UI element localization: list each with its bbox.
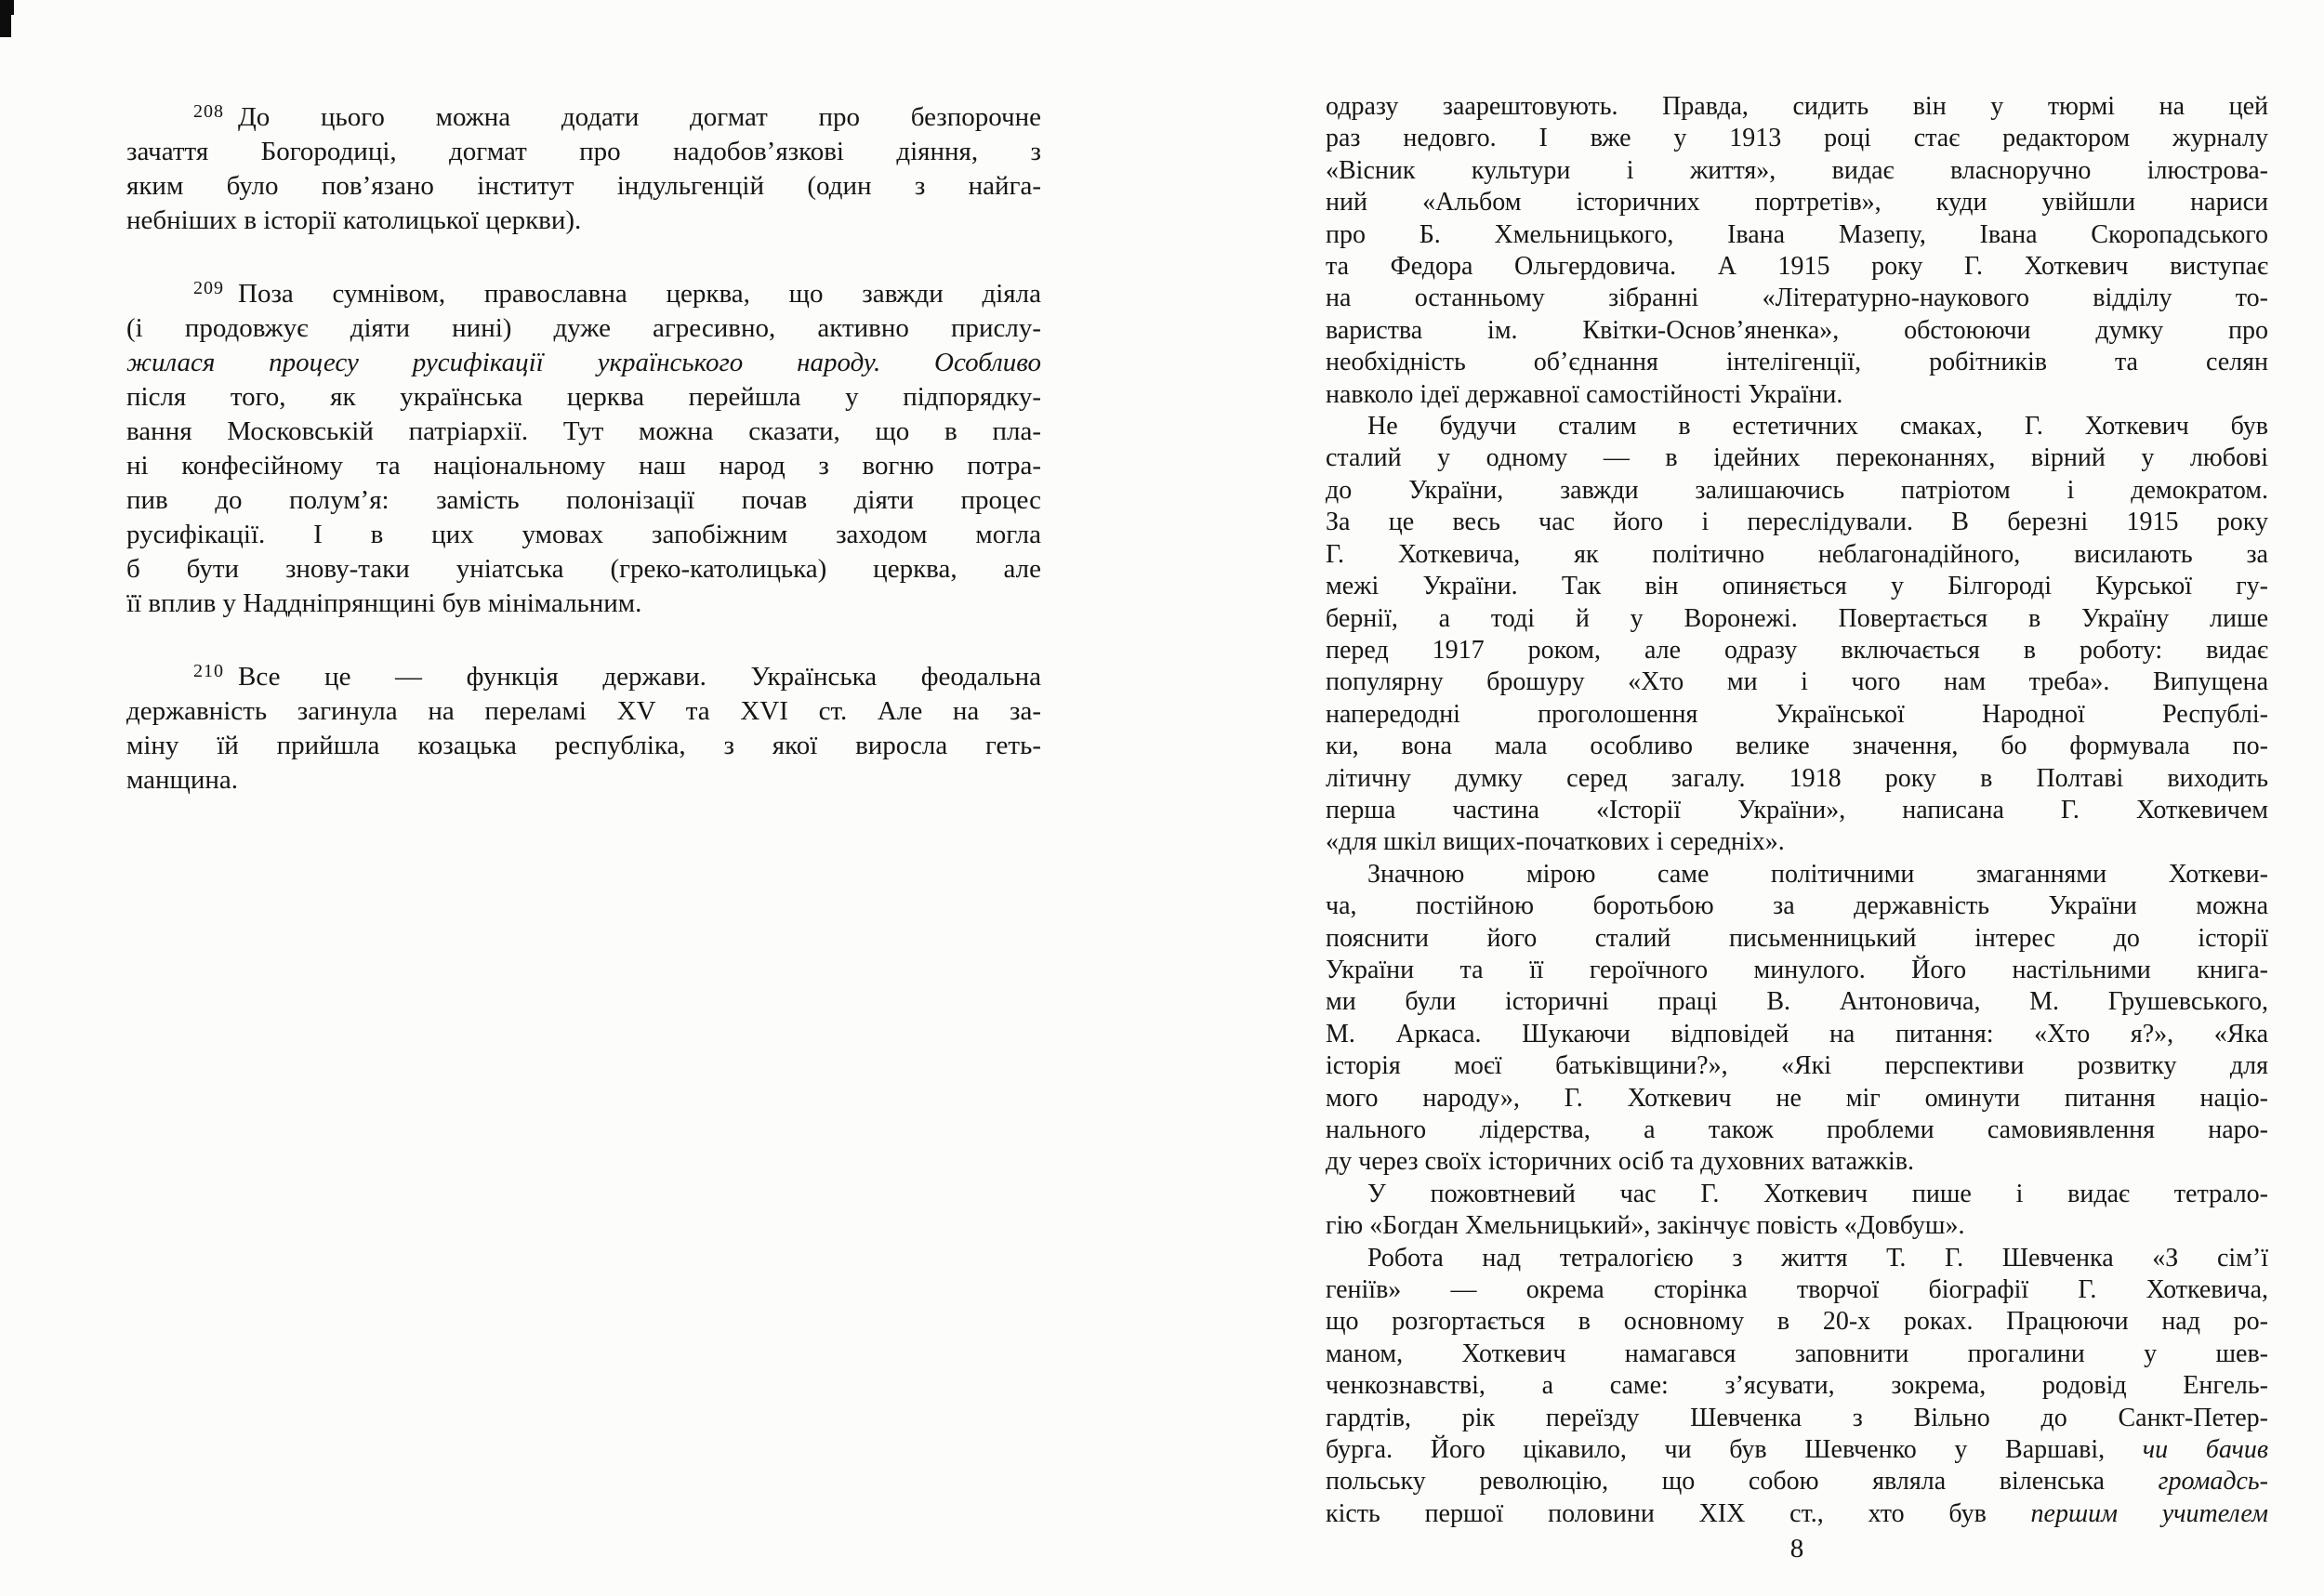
text-segment: Робота над тетралогією з життя Т. Г. Шев…	[1367, 1244, 2268, 1273]
text-segment: сталий у одному — в ідейних переконаннях…	[1326, 443, 2268, 472]
text-segment: За це весь час його і переслідували. В б…	[1326, 508, 2268, 536]
text-line: на останньому зібранні «Літературно-наук…	[1326, 283, 2268, 314]
right-page-text-column: одразу заарештовують. Правда, сидить він…	[1326, 91, 2268, 1530]
text-line: пояснити його сталий письменницький інте…	[1326, 923, 2268, 955]
text-segment: історія моєї батьківщини?», «Які перспек…	[1326, 1051, 2268, 1080]
footnote-number: 208	[193, 101, 224, 122]
text-line: польську революцію, що собою являла віле…	[1326, 1466, 2268, 1497]
paragraph: Робота над тетралогією з життя Т. Г. Шев…	[1326, 1243, 2268, 1531]
paragraph-indent	[126, 301, 193, 302]
text-segment: ні конфесійному та національному наш нар…	[126, 451, 1041, 481]
text-segment: зачаття Богородиці, догмат про надобов’я…	[126, 137, 1041, 166]
paragraph: 210Все це –– функція держави. Українська…	[126, 654, 1041, 798]
text-line: нального лідерства, а також проблеми сам…	[1326, 1115, 2268, 1146]
text-segment: та Федора Ольгердовича. А 1915 року Г. Х…	[1326, 252, 2268, 281]
text-segment: геніїв» — окрема сторінка творчої біогра…	[1326, 1275, 2268, 1304]
text-line: ки, вона мала особливо велике значення, …	[1326, 731, 2268, 762]
text-line: та Федора Ольгердовича. А 1915 року Г. Х…	[1326, 251, 2268, 283]
text-line: одразу заарештовують. Правда, сидить він…	[1326, 91, 2268, 123]
paragraph: Не будучи сталим в естетичних смаках, Г.…	[1326, 411, 2268, 859]
text-segment: межі України. Так він опиняється у Білго…	[1326, 572, 2268, 600]
text-segment: вання Московській патріархії. Тут можна …	[126, 416, 1041, 446]
text-line: Робота над тетралогією з життя Т. Г. Шев…	[1326, 1243, 2268, 1274]
paragraph-indent	[1326, 881, 1367, 882]
text-segment: Все це –– функція держави. Українська фе…	[238, 662, 1041, 692]
text-segment: перша частина «Історії України», написан…	[1326, 796, 2268, 824]
text-line: кість першої половини XIX ст., хто був п…	[1326, 1498, 2268, 1530]
text-segment: після того, як українська церква перейшл…	[126, 382, 1041, 412]
text-line: Не будучи сталим в естетичних смаках, Г.…	[1326, 411, 2268, 442]
text-segment: ми були історичні праці В. Антоновича, М…	[1326, 987, 2268, 1016]
paragraph: одразу заарештовують. Правда, сидить він…	[1326, 91, 2268, 411]
text-segment: (і продовжує діяти нині) дуже агресивно,…	[126, 313, 1041, 343]
text-line: історія моєї батьківщини?», «Які перспек…	[1326, 1050, 2268, 1082]
text-segment: навколо ідеї державної самостійності Укр…	[1326, 380, 1842, 409]
text-line: раз недовго. І вже у 1913 році стає реда…	[1326, 123, 2268, 154]
text-line: «для шкіл вищих-початкових і середніх».	[1326, 826, 2268, 858]
paragraph: 208До цього можна додати догмат про безп…	[126, 95, 1041, 238]
text-line: сталий у одному — в ідейних переконаннях…	[1326, 442, 2268, 474]
text-line: напередодні проголошення Української Нар…	[1326, 699, 2268, 731]
paragraph-indent	[1326, 1265, 1367, 1266]
text-segment: ний «Альбом історичних портретів», куди …	[1326, 188, 2268, 217]
text-line: За це весь час його і переслідували. В б…	[1326, 507, 2268, 538]
text-line: вариства ім. Квітки-Основ’яненка», обсто…	[1326, 315, 2268, 347]
text-line: до України, завжди залишаючись патріотом…	[1326, 475, 2268, 507]
text-line: жилася процесу русифікації українського …	[126, 346, 1041, 380]
text-segment: міну їй прийшла козацька республіка, з я…	[126, 731, 1041, 760]
text-line: бернії, а тоді й у Воронежі. Повертаєтьс…	[1326, 603, 2268, 635]
text-line: ченкознавстві, а саме: з’ясувати, зокрем…	[1326, 1370, 2268, 1402]
text-line: Г. Хоткевича, як політично неблагонадійн…	[1326, 539, 2268, 571]
text-segment: ки, вона мала особливо велике значення, …	[1326, 732, 2268, 760]
text-segment: кість першої половини XIX ст., хто був	[1326, 1499, 2031, 1528]
text-line: гію «Богдан Хмельницький», закінчує пові…	[1326, 1210, 2268, 1242]
left-page-text-column: 208До цього можна додати догмат про безп…	[126, 95, 1041, 798]
text-segment: необхідність об’єднання інтелігенції, ро…	[1326, 348, 2268, 376]
text-segment: України та її героїчного минулого. Його …	[1326, 956, 2268, 984]
text-line: межі України. Так він опиняється у Білго…	[1326, 571, 2268, 602]
text-line: її вплив у Наддніпрянщині був мінімальни…	[126, 587, 1041, 621]
text-segment: мого народу», Г. Хоткевич не міг оминути…	[1326, 1084, 2268, 1113]
text-segment: У пожовтневий час Г. Хоткевич пише і вид…	[1367, 1180, 2268, 1208]
text-segment: польську революцію, що собою являла віле…	[1326, 1467, 2159, 1496]
text-line: 210Все це –– функція держави. Українська…	[126, 654, 1041, 694]
paragraph: Значною мірою саме політичними змаганням…	[1326, 859, 2268, 1179]
text-line: У пожовтневий час Г. Хоткевич пише і вид…	[1326, 1179, 2268, 1210]
text-line: бурга. Його цікавило, чи був Шевченко у …	[1326, 1434, 2268, 1466]
text-segment: раз недовго. І вже у 1913 році стає реда…	[1326, 124, 2268, 152]
paragraph: 209Поза сумнівом, православна церква, що…	[126, 271, 1041, 621]
text-segment: До цього можна додати догмат про безпоро…	[238, 102, 1041, 132]
text-line: 209Поза сумнівом, православна церква, що…	[126, 271, 1041, 311]
paragraph: У пожовтневий час Г. Хоткевич пише і вид…	[1326, 1179, 2268, 1243]
text-segment: русифікації. І в цих умовах запобіжним з…	[126, 520, 1041, 549]
text-line: 208До цього можна додати догмат про безп…	[126, 95, 1041, 135]
text-line: пив до полум’я: замість полонізації поча…	[126, 483, 1041, 518]
text-line: ми були історичні праці В. Антоновича, М…	[1326, 986, 2268, 1018]
footnote-number: 209	[193, 278, 224, 298]
text-segment: про Б. Хмельницького, Івана Мазепу, Іван…	[1326, 220, 2268, 249]
text-line: Значною мірою саме політичними змаганням…	[1326, 859, 2268, 890]
text-line: гардтів, рік переїзду Шевченка з Вільно …	[1326, 1403, 2268, 1434]
text-segment: її вплив у Наддніпрянщині був мінімальни…	[126, 588, 641, 618]
scan-edge-artifact	[9, 0, 14, 15]
text-line: України та її героїчного минулого. Його …	[1326, 955, 2268, 986]
text-line: русифікації. І в цих умовах запобіжним з…	[126, 518, 1041, 552]
text-line: яким було пов’язано інститут індульгенці…	[126, 169, 1041, 204]
emphasized-text: чи бачив	[2143, 1435, 2268, 1464]
text-line: перед 1917 роком, але одразу включається…	[1326, 635, 2268, 666]
text-line: ду через своїх історичних осіб та духовн…	[1326, 1146, 2268, 1178]
text-line: необхідність об’єднання інтелігенції, ро…	[1326, 347, 2268, 378]
text-line: зачаття Богородиці, догмат про надобов’я…	[126, 135, 1041, 169]
text-segment: М. Аркаса. Шукаючи відповідей на питання…	[1326, 1020, 2268, 1049]
text-line: вання Московській патріархії. Тут можна …	[126, 415, 1041, 449]
emphasized-text: жилася процесу русифікації українського …	[126, 348, 1041, 377]
text-line: М. Аркаса. Шукаючи відповідей на питання…	[1326, 1019, 2268, 1050]
text-line: перша частина «Історії України», написан…	[1326, 795, 2268, 826]
text-segment: «для шкіл вищих-початкових і середніх».	[1326, 827, 1785, 856]
text-segment: літичну думку серед загалу. 1918 року в …	[1326, 764, 2268, 793]
text-line: (і продовжує діяти нині) дуже агресивно,…	[126, 311, 1041, 346]
paragraph-indent	[126, 125, 193, 125]
text-segment: бурга. Його цікавило, чи був Шевченко у …	[1326, 1435, 2143, 1464]
text-line: «Вісник культури і життя», видає власнор…	[1326, 155, 2268, 187]
text-line: після того, як українська церква перейшл…	[126, 380, 1041, 415]
text-segment: на останньому зібранні «Літературно-наук…	[1326, 284, 2268, 312]
text-line: небніших в історії католицької церкви).	[126, 204, 1041, 238]
text-line: мого народу», Г. Хоткевич не міг оминути…	[1326, 1083, 2268, 1115]
footnote-number: 210	[193, 661, 224, 681]
text-segment: гію «Богдан Хмельницький», закінчує пові…	[1326, 1211, 1964, 1240]
text-segment: Поза сумнівом, православна церква, що за…	[238, 279, 1041, 309]
text-segment: маном, Хоткевич намагався заповнити прог…	[1326, 1339, 2268, 1368]
text-segment: бернії, а тоді й у Воронежі. Повертаєтьс…	[1326, 604, 2268, 633]
text-line: про Б. Хмельницького, Івана Мазепу, Іван…	[1326, 219, 2268, 251]
text-segment: одразу заарештовують. Правда, сидить він…	[1326, 92, 2268, 121]
paragraph-indent	[126, 684, 193, 685]
text-segment: ду через своїх історичних осіб та духовн…	[1326, 1147, 1914, 1176]
text-line: манщина.	[126, 763, 1041, 798]
text-segment: ча, постійною боротьбою за державність У…	[1326, 891, 2268, 920]
text-segment: пояснити його сталий письменницький інте…	[1326, 924, 2268, 953]
paragraph-indent	[1326, 1201, 1367, 1202]
text-segment: б бути знову-таки уніатська (греко-катол…	[126, 554, 1041, 584]
text-line: ча, постійною боротьбою за державність У…	[1326, 890, 2268, 922]
text-segment: популярну брошуру «Хто ми і чого нам тре…	[1326, 667, 2268, 696]
text-segment: що розгортається в основному в 20-х рока…	[1326, 1307, 2268, 1336]
text-segment: вариства ім. Квітки-Основ’яненка», обсто…	[1326, 316, 2268, 345]
text-line: що розгортається в основному в 20-х рока…	[1326, 1306, 2268, 1338]
text-segment: пив до полум’я: замість полонізації поча…	[126, 485, 1041, 515]
text-segment: яким було пов’язано інститут індульгенці…	[126, 171, 1041, 201]
text-segment: манщина.	[126, 765, 238, 795]
text-segment: напередодні проголошення Української Нар…	[1326, 700, 2268, 729]
emphasized-text: першим учителем	[2031, 1499, 2268, 1528]
text-segment: перед 1917 роком, але одразу включається…	[1326, 636, 2268, 665]
text-segment: Не будучи сталим в естетичних смаках, Г.…	[1367, 412, 2268, 441]
text-segment: нального лідерства, а також проблеми сам…	[1326, 1115, 2268, 1144]
text-segment: до України, завжди залишаючись патріотом…	[1326, 476, 2268, 505]
text-line: літичну думку серед загалу. 1918 року в …	[1326, 763, 2268, 795]
paragraph-indent	[1326, 433, 1367, 434]
text-segment: Значною мірою саме політичними змаганням…	[1367, 860, 2268, 889]
emphasized-text: громадсь-	[2159, 1467, 2268, 1496]
text-line: б бути знову-таки уніатська (греко-катол…	[126, 552, 1041, 587]
text-segment: Г. Хоткевича, як політично неблагонадійн…	[1326, 540, 2268, 569]
text-line: маном, Хоткевич намагався заповнити прог…	[1326, 1339, 2268, 1370]
text-line: ні конфесійному та національному наш нар…	[126, 449, 1041, 483]
page-number: 8	[1326, 1534, 2268, 1564]
text-line: навколо ідеї державної самостійності Укр…	[1326, 379, 2268, 411]
text-line: державність загинула на переламі XV та X…	[126, 694, 1041, 729]
text-segment: «Вісник культури і життя», видає власнор…	[1326, 156, 2268, 185]
text-line: популярну брошуру «Хто ми і чого нам тре…	[1326, 666, 2268, 698]
text-segment: ченкознавстві, а саме: з’ясувати, зокрем…	[1326, 1371, 2268, 1400]
text-line: геніїв» — окрема сторінка творчої біогра…	[1326, 1274, 2268, 1306]
text-segment: гардтів, рік переїзду Шевченка з Вільно …	[1326, 1404, 2268, 1432]
text-line: ний «Альбом історичних портретів», куди …	[1326, 187, 2268, 218]
text-segment: небніших в історії католицької церкви).	[126, 205, 581, 235]
text-line: міну їй прийшла козацька республіка, з я…	[126, 729, 1041, 763]
book-spread-scan: { "colors": { "paper": "#fcfcfa", "ink":…	[0, 0, 2324, 1596]
text-segment: державність загинула на переламі XV та X…	[126, 696, 1041, 726]
